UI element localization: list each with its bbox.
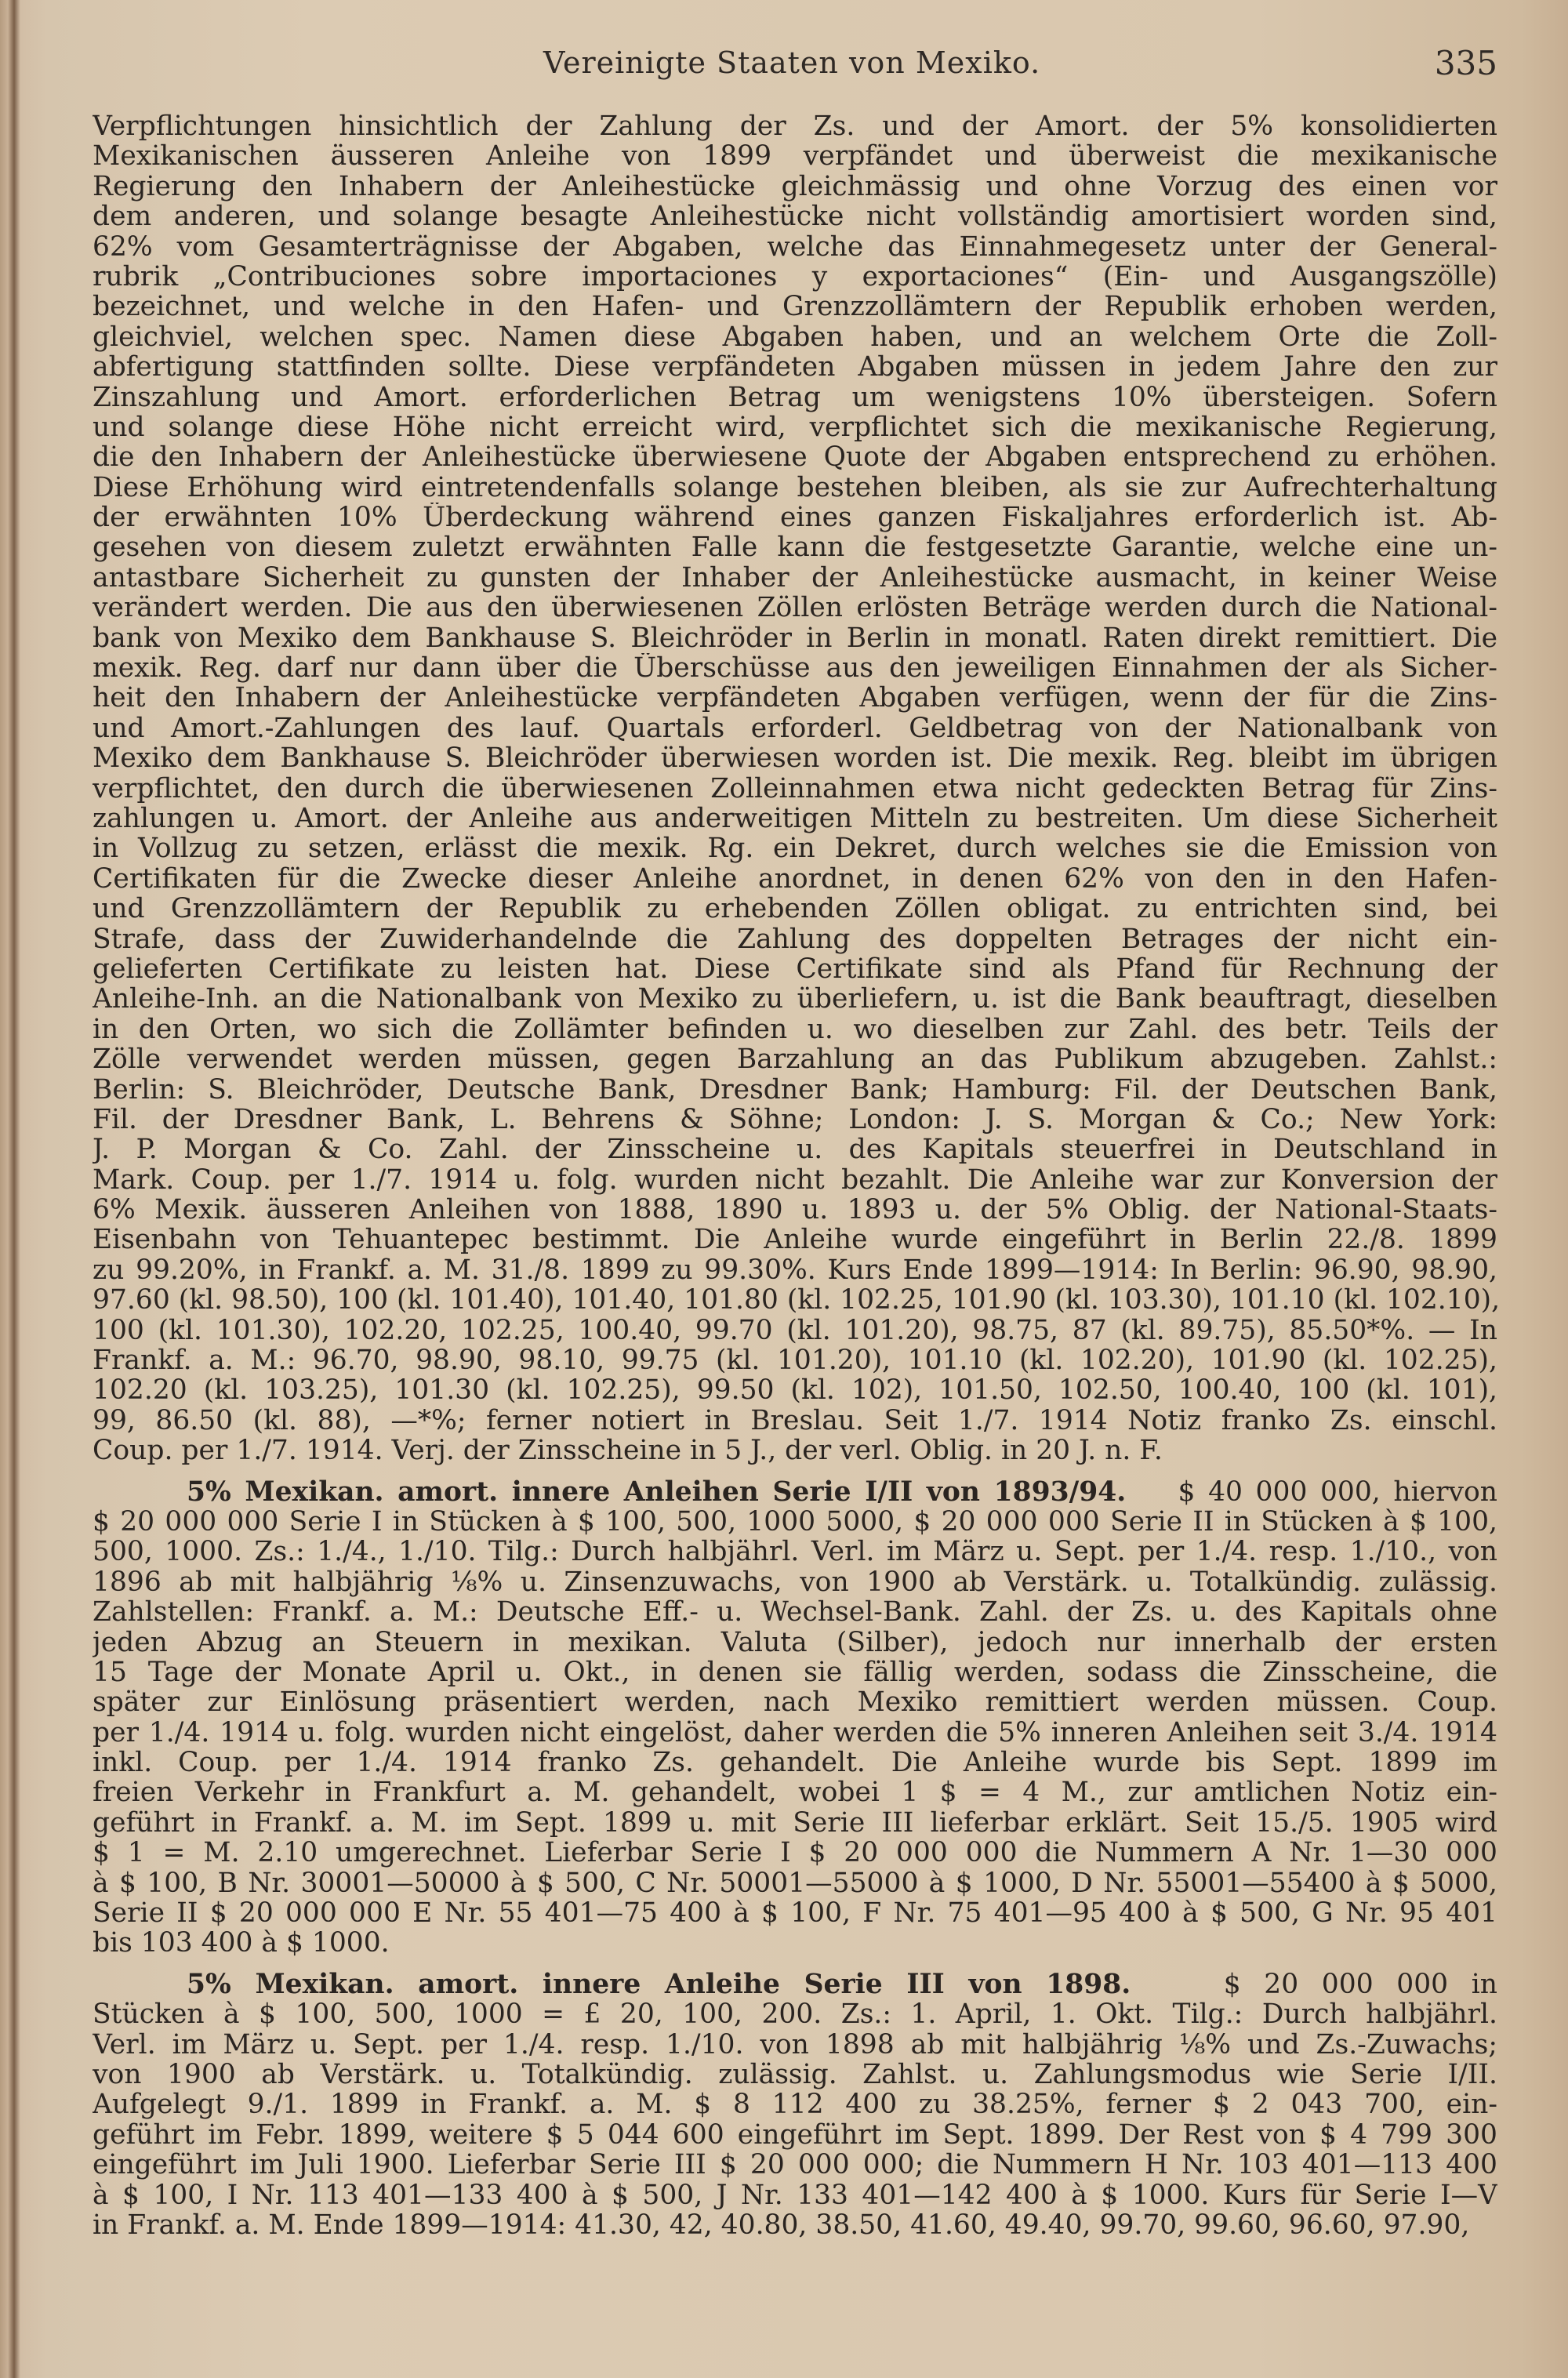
text-line: von 1900 ab Verstärk. u. Totalkündig. zu… — [93, 2060, 1497, 2089]
text-line: 102.20 (kl. 103.25), 101.30 (kl. 102.25)… — [93, 1375, 1497, 1405]
text-line: Coup. per 1./7. 1914. Verj. der Zinssche… — [93, 1436, 1497, 1465]
text-line: geführt im Febr. 1899, weitere $ 5 044 6… — [93, 2120, 1497, 2150]
paragraph-heading: 5% Mexikan. amort. innere Anleihe Serie … — [187, 1970, 1131, 1999]
text-line: zu 99.20%, in Frankf. a. M. 31./8. 1899 … — [93, 1255, 1497, 1285]
text-line: J. P. Morgan & Co. Zahl. der Zinsscheine… — [93, 1135, 1497, 1164]
text-line: Verpflichtungen hinsichtlich der Zahlung… — [93, 111, 1497, 141]
text-line: die den Inhabern der Anleihestücke überw… — [93, 442, 1497, 472]
text-line: gesehen von diesem zuletzt erwähnten Fal… — [93, 532, 1497, 562]
text-line: verändert werden. Die aus den überwiesen… — [93, 593, 1497, 623]
text-line: später zur Einlösung präsentiert werden,… — [93, 1687, 1497, 1717]
text-line: Stücken à $ 100, 500, 1000 = £ 20, 100, … — [93, 1999, 1497, 2029]
paragraph-heading-line: 5% Mexikan. amort. innere Anleihen Serie… — [93, 1477, 1497, 1507]
page-number: 335 — [1435, 44, 1497, 82]
text-line: abfertigung stattfinden sollte. Diese ve… — [93, 352, 1497, 382]
paragraph-heading-rest: $ 20 000 000 in — [1224, 1970, 1497, 1999]
text-line: dem anderen, und solange besagte Anleihe… — [93, 201, 1497, 231]
text-line: Berlin: S. Bleichröder, Deutsche Bank, D… — [93, 1075, 1497, 1105]
text-line: 97.60 (kl. 98.50), 100 (kl. 101.40), 101… — [93, 1285, 1497, 1315]
text-line: und solange diese Höhe nicht erreicht wi… — [93, 412, 1497, 442]
text-line: 99, 86.50 (kl. 88), —*%; ferner notiert … — [93, 1406, 1497, 1436]
text-line: 6% Mexik. äusseren Anleihen von 1888, 18… — [93, 1195, 1497, 1225]
text-line: geführt in Frankf. a. M. im Sept. 1899 u… — [93, 1808, 1497, 1838]
text-line: verpflichtet, den durch die überwiesenen… — [93, 774, 1497, 804]
text-line: antastbare Sicherheit zu gunsten der Inh… — [93, 563, 1497, 593]
text-line: rubrik „Contribuciones sobre importacion… — [93, 262, 1497, 292]
text-line: Mexikanischen äusseren Anleihe von 1899 … — [93, 141, 1497, 171]
text-line: Certifikaten für die Zwecke dieser Anlei… — [93, 864, 1497, 894]
text-line: und Grenzzollämtern der Republik zu erhe… — [93, 894, 1497, 924]
paragraph-heading-rest: $ 40 000 000, hiervon — [1178, 1477, 1497, 1507]
text-line: Frankf. a. M.: 96.70, 98.90, 98.10, 99.7… — [93, 1345, 1497, 1375]
paragraph-internal-loans-serie-1-2: 5% Mexikan. amort. innere Anleihen Serie… — [93, 1477, 1497, 1959]
text-line: per 1./4. 1914 u. folg. wurden nicht ein… — [93, 1718, 1497, 1748]
text-line: eingeführt im Juli 1900. Lieferbar Serie… — [93, 2150, 1497, 2180]
text-line: Serie II $ 20 000 000 E Nr. 55 401—75 40… — [93, 1898, 1497, 1928]
text-line: heit den Inhabern der Anleihestücke verp… — [93, 683, 1497, 713]
text-line: jeden Abzug an Steuern in mexikan. Valut… — [93, 1628, 1497, 1657]
text-line: freien Verkehr in Frankfurt a. M. gehand… — [93, 1777, 1497, 1807]
text-line: und Amort.-Zahlungen des lauf. Quartals … — [93, 713, 1497, 743]
body-text: Verpflichtungen hinsichtlich der Zahlung… — [93, 111, 1497, 2240]
text-line: Diese Erhöhung wird eintretendenfalls so… — [93, 473, 1497, 503]
text-line: Mexiko dem Bankhause S. Bleichröder über… — [93, 743, 1497, 773]
text-line: 15 Tage der Monate April u. Okt., in den… — [93, 1657, 1497, 1687]
text-line: gleichviel, welchen spec. Namen diese Ab… — [93, 322, 1497, 352]
text-line: bis 103 400 à $ 1000. — [93, 1928, 1497, 1958]
paragraph-heading-line: 5% Mexikan. amort. innere Anleihe Serie … — [93, 1970, 1497, 1999]
text-line: Anleihe-Inh. an die Nationalbank von Mex… — [93, 984, 1497, 1014]
text-line: 62% vom Gesamterträgnisse der Abgaben, w… — [93, 232, 1497, 262]
text-line: inkl. Coup. per 1./4. 1914 franko Zs. ge… — [93, 1748, 1497, 1777]
text-line: Aufgelegt 9./1. 1899 in Frankf. a. M. $ … — [93, 2089, 1497, 2119]
text-line: bank von Mexiko dem Bankhause S. Bleichr… — [93, 623, 1497, 653]
text-line: 100 (kl. 101.30), 102.20, 102.25, 100.40… — [93, 1316, 1497, 1345]
text-line: Fil. der Dresdner Bank, L. Behrens & Söh… — [93, 1105, 1497, 1135]
text-line: 1896 ab mit halbjährig ⅛% u. Zinsenzuwac… — [93, 1567, 1497, 1597]
paragraph-heading: 5% Mexikan. amort. innere Anleihen Serie… — [187, 1477, 1126, 1507]
text-line: Zölle verwendet werden müssen, gegen Bar… — [93, 1044, 1497, 1074]
text-line: à $ 100, B Nr. 30001—50000 à $ 500, C Nr… — [93, 1868, 1497, 1898]
running-title: Vereinigte Staaten von Mexiko. — [543, 45, 1040, 80]
text-line: in den Orten, wo sich die Zollämter befi… — [93, 1015, 1497, 1044]
text-line: in Frankf. a. M. Ende 1899—1914: 41.30, … — [93, 2210, 1497, 2240]
text-line: bezeichnet, und welche in den Hafen- und… — [93, 292, 1497, 321]
text-line: Regierung den Inhabern der Anleihestücke… — [93, 172, 1497, 201]
text-line: zahlungen u. Amort. der Anleihe aus ande… — [93, 804, 1497, 833]
text-line: 500, 1000. Zs.: 1./4., 1./10. Tilg.: Dur… — [93, 1537, 1497, 1567]
text-line: Zahlstellen: Frankf. a. M.: Deutsche Eff… — [93, 1597, 1497, 1627]
text-line: gelieferten Certifikate zu leisten hat. … — [93, 954, 1497, 984]
text-line: Verl. im März u. Sept. per 1./4. resp. 1… — [93, 2030, 1497, 2060]
text-line: à $ 100, I Nr. 113 401—133 400 à $ 500, … — [93, 2180, 1497, 2210]
text-line: $ 1 = M. 2.10 umgerechnet. Lieferbar Ser… — [93, 1838, 1497, 1868]
text-line: mexik. Reg. darf nur dann über die Übers… — [93, 653, 1497, 683]
text-line: Mark. Coup. per 1./7. 1914 u. folg. wurd… — [93, 1165, 1497, 1195]
text-line: $ 20 000 000 Serie I in Stücken à $ 100,… — [93, 1507, 1497, 1537]
page-header: Vereinigte Staaten von Mexiko. 335 — [93, 45, 1497, 85]
paragraph-mexican-external-loan-1899: Verpflichtungen hinsichtlich der Zahlung… — [93, 111, 1497, 1466]
text-line: der erwähnten 10% Überdeckung während ei… — [93, 503, 1497, 532]
text-line: in Vollzug zu setzen, erlässt die mexik.… — [93, 833, 1497, 863]
text-line: Strafe, dass der Zuwiderhandelnde die Za… — [93, 924, 1497, 954]
text-line: Zinszahlung und Amort. erforderlichen Be… — [93, 383, 1497, 412]
paragraph-internal-loan-serie-3: 5% Mexikan. amort. innere Anleihe Serie … — [93, 1970, 1497, 2241]
text-line: Eisenbahn von Tehuantepec bestimmt. Die … — [93, 1225, 1497, 1254]
